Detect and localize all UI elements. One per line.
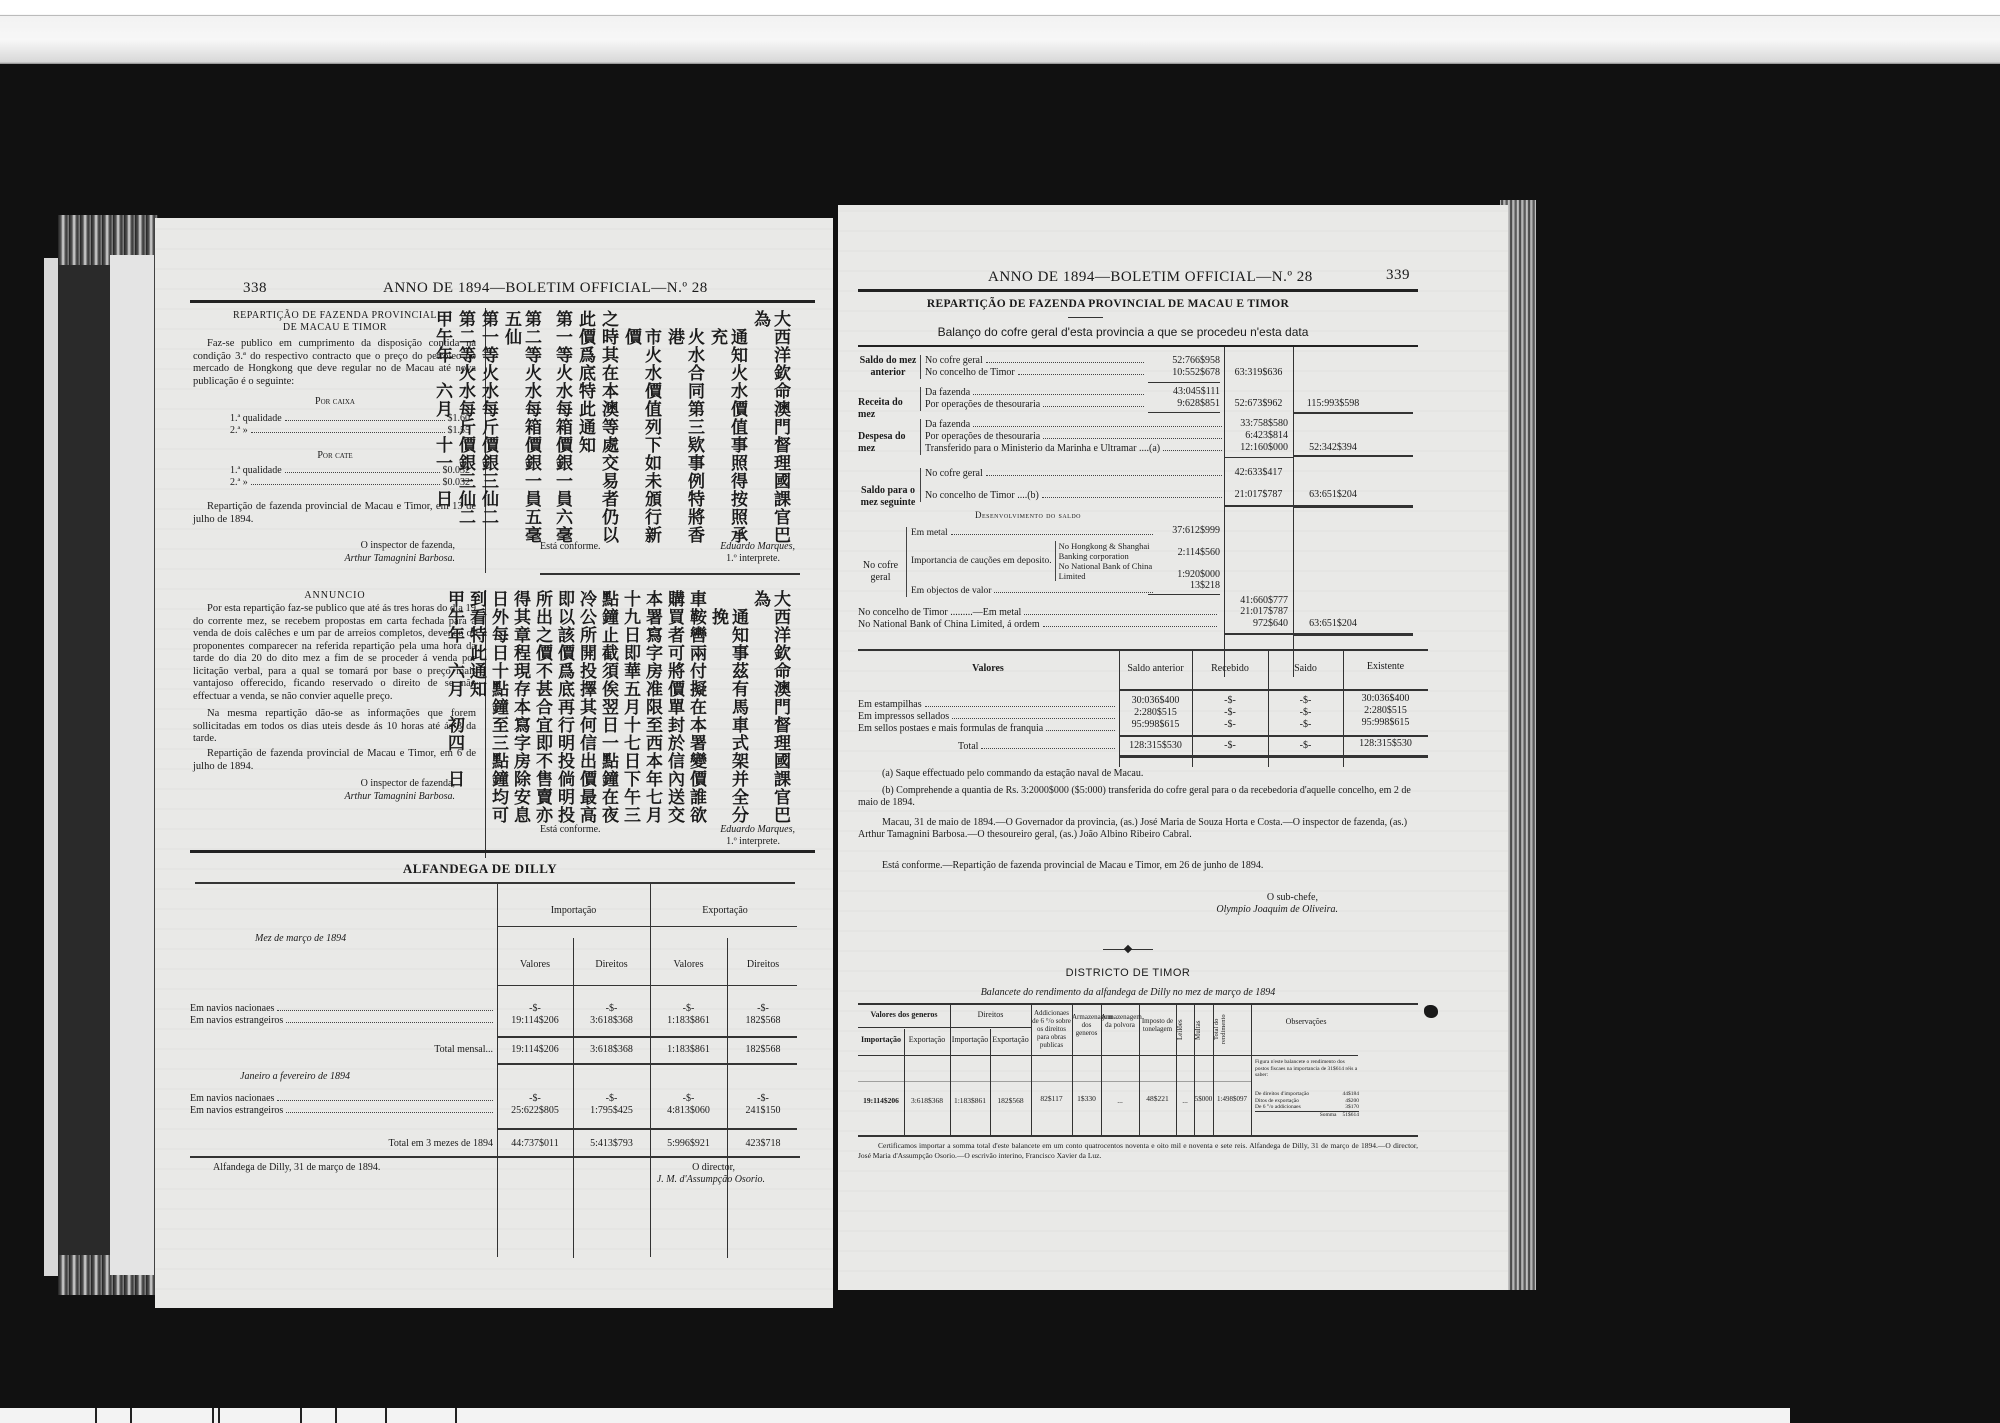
table-cell: 82$117 [1031, 1093, 1072, 1105]
row-label: Por operações de thesouraria [925, 399, 1147, 411]
note-b: (b) Comprehende a quantia de Rs. 3:2000$… [858, 785, 1418, 809]
running-head: ANNO DE 1894—BOLETIM OFFICIAL—N.º 28 [383, 280, 708, 297]
table-col-line [650, 882, 651, 1257]
total-rule [497, 1128, 797, 1130]
certificate: Certificamos importar a somma total d'es… [858, 1141, 1418, 1161]
table-cell: 42:633$417 [1224, 467, 1293, 479]
valores-header: Valores [858, 663, 1118, 675]
table-bottom-rule [1119, 755, 1428, 758]
table-cell: 52:342$394 [1293, 442, 1373, 454]
sub-header: Direitos [573, 959, 650, 971]
col-header: Exportação [904, 1035, 950, 1044]
table-cell: 52:673$962 [1224, 398, 1293, 410]
row-label: Em impressos sellados [858, 711, 1118, 723]
table-cell: -$-241$150 [727, 1093, 799, 1117]
subtotal-rule [1148, 594, 1220, 595]
subtotal-rule [1224, 457, 1293, 458]
col-header: Armazenagem da polvora [1101, 1013, 1139, 1029]
timor-subtitle: Balancete do rendimento da alfandega de … [858, 987, 1398, 999]
timor-table: Valores dos generos Importação Exportaçã… [858, 1005, 1418, 1135]
section1-total-label: Total mensal... [255, 1044, 493, 1056]
annuncio-signer-name: Arthur Tamagnini Barbosa. [255, 791, 455, 803]
group-label: Despesa do mez [858, 431, 920, 455]
desenv-totals: No concelho de Timor .........—Em metal … [858, 607, 1220, 631]
group-rows: Da fazenda Por operações de thesouraria [920, 387, 1147, 411]
ink-blot [1424, 1005, 1438, 1018]
translator-name-1: Eduardo Marques, [645, 541, 795, 553]
row-label: Em sellos postaes e mais formulas de fra… [858, 723, 1118, 735]
caucoes-row: Importancia de cauções em deposito. No H… [911, 541, 1156, 581]
table-cell: 1$330 [1072, 1093, 1101, 1105]
table-cell: 1:183$861 [950, 1095, 990, 1107]
group-label: Saldo do mez anterior [858, 355, 918, 379]
sub-header: Direitos [727, 959, 799, 971]
section1-rows: Em navios nacionaes Em navios estrangeir… [190, 1003, 496, 1027]
header-rule [1119, 689, 1428, 691]
header-rule [497, 985, 797, 986]
table-row-label: Em navios nacionaes [190, 1003, 496, 1015]
col-header: Observações [1251, 1017, 1361, 1026]
section1-label: Mez de março de 1894 [255, 933, 346, 945]
total-rule [1293, 505, 1413, 508]
total-rule [1224, 633, 1293, 635]
valores-header: Saido [1268, 663, 1343, 675]
table-cell: 5$000 [1194, 1093, 1213, 1105]
timor-title: DISTRICTO DE TIMOR [858, 967, 1398, 979]
valores-header: Existente [1343, 661, 1428, 673]
subtotal-rule [1148, 412, 1220, 413]
col-header: Exportação [990, 1035, 1031, 1044]
conforme-2: Está conforme. [540, 824, 601, 836]
balanco-subtitle: Balanço do cofre geral d'esta provincia … [858, 325, 1388, 339]
page-number: 339 [1386, 267, 1410, 284]
table-cell: 182$568 [727, 1044, 799, 1056]
signatures: Macau, 31 de maio de 1894.—O Governador … [858, 817, 1418, 841]
annuncio-para1: Por esta repartição faz-se publico que a… [193, 603, 476, 703]
header-rule [858, 289, 1418, 292]
row-label: No cofre geral [925, 355, 1147, 367]
table-cell: ... [1101, 1095, 1139, 1107]
translator-title-1: 1.º interprete. [645, 553, 780, 565]
total-rule [1224, 505, 1293, 507]
table-top-rule [195, 882, 795, 884]
group-rows: Da fazenda Por operações de thesouraria … [920, 419, 1225, 455]
sub-header: Valores [650, 959, 727, 971]
table-cell: 13$218 [1148, 580, 1220, 592]
translator-title-2: 1.º interprete. [645, 836, 780, 848]
subtotal-rule [1293, 455, 1413, 457]
annuncio-para2: Na mesma repartição dão-se as informaçõe… [193, 708, 476, 746]
table-cell: 48$221 [1139, 1093, 1176, 1105]
section-rule [540, 573, 800, 575]
row-label: Em objectos de valor [911, 585, 1156, 597]
bank-list: No Hongkong & Shanghai Banking corporati… [1055, 541, 1156, 581]
table-bottom-rule [190, 1156, 800, 1158]
table-cell: 128:315$530 [1343, 738, 1428, 750]
running-head: ANNO DE 1894—BOLETIM OFFICIAL—N.º 28 [988, 269, 1313, 286]
table-cell: 21:017$787972$640 [1224, 606, 1288, 630]
desenvolvimento-heading: Desenvolvimento do saldo [898, 510, 1158, 520]
row-label: Transferido para o Ministerio da Marinha… [925, 443, 1225, 455]
annuncio-dateline: Repartição de fazenda provincial de Maca… [193, 748, 476, 773]
notice-signer-title: O inspector de fazenda, [255, 540, 455, 552]
conforme: Está conforme.—Repartição de fazenda pro… [882, 860, 1422, 872]
row-label: No National Bank of China Limited, á ord… [858, 619, 1220, 631]
col-header: Importação [950, 1035, 990, 1044]
alfandega-dateline: Alfandega de Dilly, 31 de março de 1894. [213, 1162, 380, 1174]
table-cell: ... [1176, 1095, 1194, 1107]
chinese-notice-1: 大西洋欽命澳門督理國課官巴 為 通知火水價值事照得按照承充 火水合同第三欵事例特… [490, 310, 790, 550]
table-cell: 423$718 [727, 1138, 799, 1150]
note-a: (a) Saque effectuado pelo commando da es… [882, 768, 1422, 780]
valores-labels: Em estampilhas Em impressos sellados Em … [858, 699, 1118, 735]
table-cell: -$-1:183$861 [650, 1003, 727, 1027]
row-label: No concelho de Timor [925, 367, 1147, 379]
col-header: Multas [1194, 1013, 1213, 1047]
chinese-notice-2: 大西洋欽命澳門督理國課官巴 為 通知事茲有馬車式架并全分挽 車鞍轡兩付擬在本署變… [490, 590, 790, 840]
col-header: Valores dos generos [858, 1010, 950, 1019]
page-edge-left [44, 258, 58, 1276]
table-cell: 5:413$793 [573, 1138, 650, 1150]
row-label: Em metal [911, 527, 1156, 539]
scanner-top-strip [0, 0, 2000, 64]
group-label: Saldo para o mez seguinte [858, 485, 918, 509]
table-cell: 1:498$097 [1213, 1093, 1251, 1105]
col-header: Leilões [1176, 1013, 1194, 1047]
total-rule [1293, 633, 1413, 636]
table-cell: -$--$--$- [1268, 695, 1343, 731]
total-rule [497, 1063, 797, 1065]
table-cell: 5:996$921 [650, 1138, 727, 1150]
annuncio-title: ANNUNCIO [190, 590, 480, 602]
table-cell: -$-25:622$805 [497, 1093, 573, 1117]
shadow-left [58, 265, 110, 1255]
alfandega-signer-title: O director, [595, 1162, 735, 1174]
table-cell: 115:993$598 [1293, 398, 1373, 410]
group-label: Receita do mez [858, 397, 920, 421]
table-row-label: Em navios nacionaes [190, 1093, 496, 1105]
table-cell: -$- [1268, 740, 1343, 752]
observacoes-list: De direitos d'importação44$184 Ditos de … [1255, 1091, 1359, 1118]
header-importacao: Importação [497, 905, 650, 917]
table-cell: 1:183$861 [650, 1044, 727, 1056]
row-label: No concelho de Timor .........—Em metal [858, 607, 1220, 619]
left-page: 338 ANNO DE 1894—BOLETIM OFFICIAL—N.º 28… [155, 218, 835, 1308]
alfandega-title: ALFANDEGA DE DILLY [190, 861, 770, 877]
col-header: Imposto de tonelagem [1139, 1017, 1176, 1033]
table-cell: -$--$--$- [1192, 695, 1268, 731]
col-header: Direitos [950, 1010, 1031, 1019]
conforme-1: Está conforme. [540, 541, 601, 553]
table-cell: 30:036$4002:280$51595:998$615 [1119, 695, 1192, 731]
table-cell: 43:045$1119:628$851 [1148, 386, 1220, 410]
page-number: 338 [243, 280, 267, 297]
table-cell: 3:618$368 [573, 1044, 650, 1056]
desenv-rows: Em metal Importancia de cauções em depos… [906, 527, 1156, 597]
scanner-bottom-strip [0, 1408, 1790, 1423]
subchefe-name: Olympio Joaquim de Oliveira. [1138, 904, 1338, 916]
total-rule [497, 1036, 797, 1038]
table-cell: -$-19:114$206 [497, 1003, 573, 1027]
header-rule [497, 926, 797, 927]
group-rows: No cofre geral No concelho de Timor [920, 355, 1147, 379]
row-label: Em estampilhas [858, 699, 1118, 711]
table-cell: 19:114$206 [858, 1095, 904, 1107]
section2-total-label: Total em 3 mezes de 1894 [215, 1138, 493, 1150]
header-exportacao: Exportação [650, 905, 800, 917]
balanco-title: REPARTIÇÃO DE FAZENDA PROVINCIAL DE MACA… [858, 298, 1358, 310]
right-page: ANNO DE 1894—BOLETIM OFFICIAL—N.º 28 339… [838, 205, 1508, 1290]
table-cell: 21:017$787 [1224, 489, 1293, 501]
table-cell: -$-3:618$368 [573, 1003, 650, 1027]
subtotal-rule [1293, 412, 1413, 414]
diamond-ornament-icon [1124, 945, 1132, 953]
table-cell: 19:114$206 [497, 1044, 573, 1056]
table-cell: 63:651$204 [1293, 618, 1373, 630]
timor-bottom-rule [858, 1135, 1418, 1137]
translator-name-2: Eduardo Marques, [645, 824, 795, 836]
table-cell: 2:114$560 [1148, 547, 1220, 559]
table-cell: 3:618$368 [904, 1095, 950, 1107]
col-header: Total do rendimento [1213, 1007, 1251, 1051]
book-leaf-left [110, 255, 154, 1275]
table-cell: -$-1:795$425 [573, 1093, 650, 1117]
table-cell: -$-4:813$060 [650, 1093, 727, 1117]
col-header: Addicionaes de 6 °/o sobre os direitos p… [1031, 1009, 1072, 1049]
table-cell: 52:766$95810:552$678 [1148, 355, 1220, 379]
subtotal-rule [1148, 382, 1220, 383]
section-rule [190, 850, 815, 853]
table-col-line [497, 882, 498, 1257]
table-cell: 63:651$204 [1293, 489, 1373, 501]
table-cell: -$- [1192, 740, 1268, 752]
table-cell: 33:758$5806:423$81412:160$000 [1224, 418, 1288, 454]
no-cofre-geral-label: No cofre geral [858, 560, 903, 584]
section2-rows: Em navios nacionaes Em navios estrangeir… [190, 1093, 496, 1117]
subchefe-title: O sub-chefe, [1138, 892, 1318, 904]
title-ornament [1068, 317, 1103, 318]
row-label: No cofre geral [925, 468, 1225, 480]
row-label: No concelho de Timor ....(b) [925, 490, 1225, 502]
row-label: Por operações de thesouraria [925, 431, 1225, 443]
header-rule [190, 300, 815, 303]
table-row-label: Em navios estrangeiros [190, 1015, 496, 1027]
table-cell: 128:315$530 [1119, 740, 1192, 752]
valores-header: Recebido [1192, 663, 1268, 675]
table-row-label: Em navios estrangeiros [190, 1105, 496, 1117]
section2-label: Janeiro a fevereiro de 1894 [240, 1071, 350, 1083]
valores-header: Saldo anterior [1119, 663, 1192, 675]
alfandega-signer-name: J. M. d'Assumpção Osorio. [575, 1174, 765, 1186]
group-rows: No cofre geral No concelho de Timor ....… [920, 468, 1225, 502]
table-cell: 63:319$636 [1224, 367, 1293, 379]
annuncio-signer-title: O inspector de fazenda, [255, 778, 455, 790]
table-cell: 30:036$4002:280$51595:998$615 [1343, 693, 1428, 729]
row-label: Da fazenda [925, 419, 1225, 431]
total-rule [1119, 735, 1428, 737]
table-cell: 182$568 [990, 1095, 1031, 1107]
observacoes-text: Figura n'este balancete o rendimento dos… [1255, 1059, 1359, 1079]
total-label-row: Total [958, 741, 1118, 753]
table-cell: -$-182$568 [727, 1003, 799, 1027]
sub-header: Valores [497, 959, 573, 971]
col-header: Importação [858, 1035, 904, 1044]
col-header: Armazenagem dos generos [1072, 1013, 1101, 1037]
row-label: Da fazenda [925, 387, 1147, 399]
notice-signer-name: Arthur Tamagnini Barbosa. [255, 553, 455, 565]
table-cell: 37:612$999 [1148, 525, 1220, 537]
table-cell: 44:737$011 [497, 1138, 573, 1150]
table-top-rule [858, 345, 1418, 347]
